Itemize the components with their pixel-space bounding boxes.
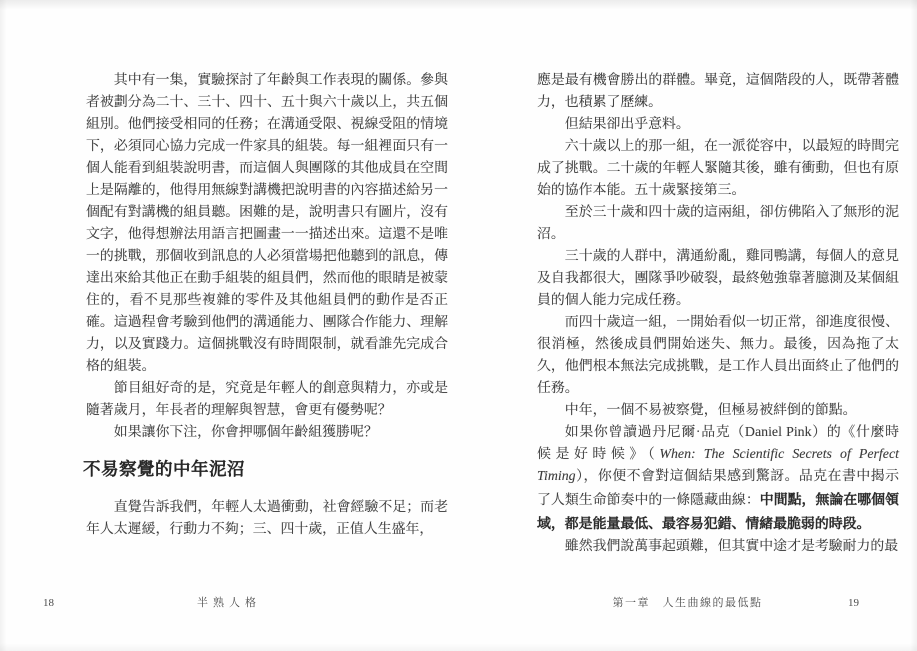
section-heading: 不易察覺的中年泥沼 (83, 456, 448, 482)
page-left: 其中有一集，實驗探討了年齡與工作表現的關係。參與者被劃分為二十、三十、四十、五十… (0, 0, 458, 651)
paragraph: 至於三十歲和四十歲的這兩組，卻仿佛陷入了無形的泥沼。 (537, 202, 899, 246)
page-number-left: 18 (43, 596, 54, 610)
text-segment: 如果讓你下注，你會押哪個年齡組獲勝呢？ (114, 425, 378, 440)
book-spread: 其中有一集，實驗探討了年齡與工作表現的關係。參與者被劃分為二十、三十、四十、五十… (0, 0, 917, 651)
text-segment: 雖然我們說萬事起頭難，但其實中途才是考驗耐力的最 (565, 539, 898, 554)
page-right: 應是最有機會勝出的群體。畢竟，這個階段的人，既帶著體力，也積累了歷練。但結果卻出… (458, 0, 917, 651)
paragraph: 雖然我們說萬事起頭難，但其實中途才是考驗耐力的最 (537, 536, 899, 558)
paragraph: 應是最有機會勝出的群體。畢竟，這個階段的人，既帶著體力，也積累了歷練。 (537, 70, 899, 114)
paragraph: 而四十歲這一組，一開始看似一切正常，卻進度很慢、很消極，然後成員們開始迷失、無力… (537, 312, 899, 400)
text-segment: 三十歲的人群中，溝通紛亂，雞同鴨講，每個人的意見及自我都很大，團隊爭吵破裂，最終… (537, 249, 899, 308)
text-segment: 至於三十歲和四十歲的這兩組，卻仿佛陷入了無形的泥沼。 (537, 205, 899, 242)
paragraph: 六十歲以上的那一組，在一派從容中，以最短的時間完成了挑戰。二十歲的年輕人緊隨其後… (537, 136, 899, 202)
page-left-text-column: 其中有一集，實驗探討了年齡與工作表現的關係。參與者被劃分為二十、三十、四十、五十… (86, 70, 448, 541)
paragraph: 中年，一個不易被察覺，但極易被絆倒的節點。 (537, 400, 899, 422)
text-segment: 其中有一集，實驗探討了年齡與工作表現的關係。參與者被劃分為二十、三十、四十、五十… (86, 73, 448, 374)
running-title-left: 半熟人格 (0, 596, 458, 610)
paragraph: 直覺告訴我們，年輕人太過衝動，社會經驗不足；而老年人太遲緩，行動力不夠；三、四十… (86, 497, 448, 541)
paragraph: 節目組好奇的是，究竟是年輕人的創意與精力，亦或是隨著歲月，年長者的理解與智慧，會… (86, 378, 448, 422)
page-number-right: 19 (848, 596, 859, 610)
paragraph: 但結果卻出乎意料。 (537, 114, 899, 136)
text-segment: 但結果卻出乎意料。 (565, 117, 690, 132)
paragraph: 其中有一集，實驗探討了年齡與工作表現的關係。參與者被劃分為二十、三十、四十、五十… (86, 70, 448, 378)
paragraph: 如果讓你下注，你會押哪個年齡組獲勝呢？ (86, 422, 448, 444)
text-segment: 中年，一個不易被察覺，但極易被絆倒的節點。 (565, 403, 857, 418)
text-segment-latin: Daniel Pink (745, 425, 812, 440)
text-segment: 六十歲以上的那一組，在一派從容中，以最短的時間完成了挑戰。二十歲的年輕人緊隨其後… (537, 139, 899, 198)
text-segment: 而四十歲這一組，一開始看似一切正常，卻進度很慢、很消極，然後成員們開始迷失、無力… (537, 315, 899, 396)
text-segment: 如果你曾讀過丹尼爾·品克（ (565, 425, 745, 440)
text-segment: 直覺告訴我們，年輕人太過衝動，社會經驗不足；而老年人太遲緩，行動力不夠；三、四十… (86, 500, 448, 537)
text-segment: 節目組好奇的是，究竟是年輕人的創意與精力，亦或是隨著歲月，年長者的理解與智慧，會… (86, 381, 448, 418)
page-footer-left: 半熟人格 18 (0, 596, 458, 612)
page-footer-right: 第一章 人生曲線的最低點 19 (458, 596, 917, 612)
text-segment: 應是最有機會勝出的群體。畢竟，這個階段的人，既帶著體力，也積累了歷練。 (537, 73, 899, 110)
paragraph: 如果你曾讀過丹尼爾·品克（Daniel Pink）的《什麼時候是好時候》（Whe… (537, 422, 899, 536)
page-right-text-column: 應是最有機會勝出的群體。畢竟，這個階段的人，既帶著體力，也積累了歷練。但結果卻出… (537, 70, 899, 558)
paragraph: 三十歲的人群中，溝通紛亂，雞同鴨講，每個人的意見及自我都很大，團隊爭吵破裂，最終… (537, 246, 899, 312)
